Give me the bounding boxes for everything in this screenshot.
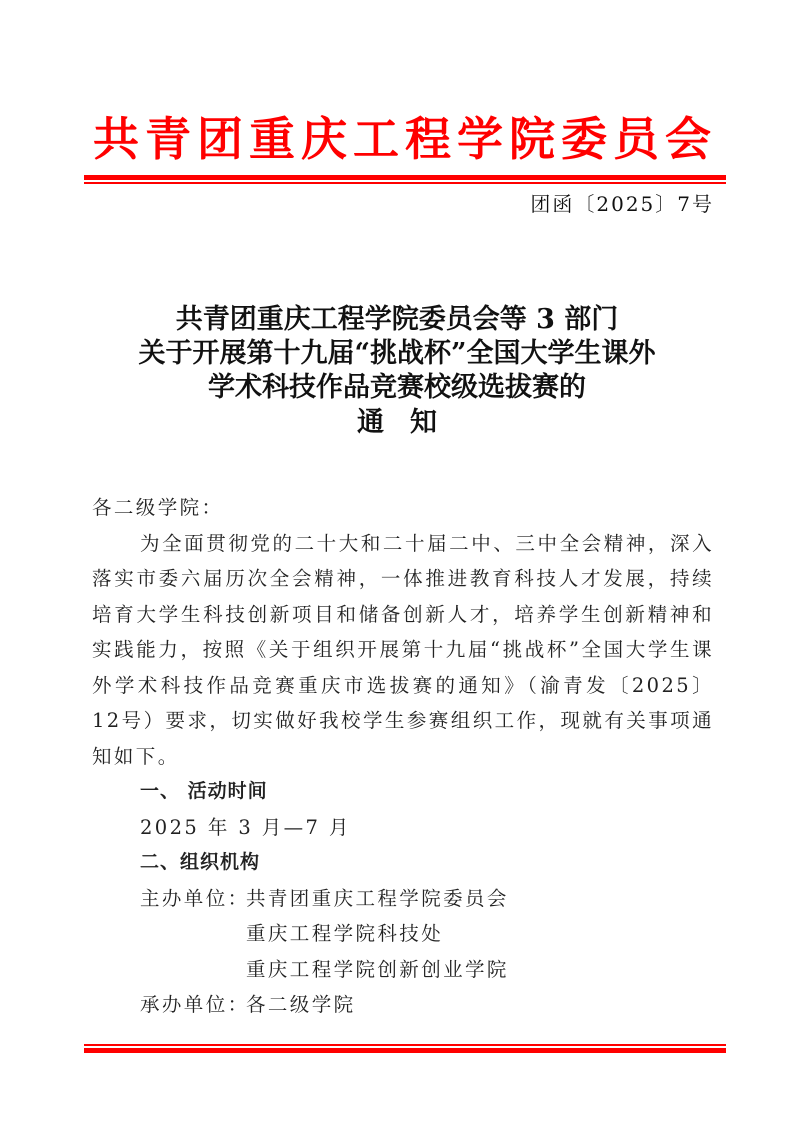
document-body: 各二级学院： 为全面贯彻党的二十大和二十届二中、三中全会精神，深入落实市委六届历… xyxy=(92,490,714,1023)
masthead-rule-thick xyxy=(84,175,726,180)
document-number: 团函〔2025〕7号 xyxy=(530,190,714,218)
organizer-value: 各二级学院 xyxy=(246,987,714,1023)
organizer-values-host: 共青团重庆工程学院委员会 重庆工程学院科技处 重庆工程学院创新创业学院 xyxy=(246,881,714,988)
section-heading-organization: 二、组织机构 xyxy=(92,845,714,881)
organizer-value: 共青团重庆工程学院委员会 xyxy=(246,881,714,917)
activity-time-content: 2025 年 3 月—7 月 xyxy=(92,810,714,846)
masthead-title: 共青团重庆工程学院委员会 xyxy=(84,108,726,170)
organizer-label-host: 主办单位： xyxy=(140,881,246,988)
heading-notice: 通知 xyxy=(84,406,710,440)
heading-line-2: 关于开展第十九届“挑战杯”全国大学生课外 xyxy=(84,337,710,371)
heading-line-3: 学术科技作品竞赛校级选拔赛的 xyxy=(84,371,710,405)
footer-rule-thick xyxy=(84,1048,726,1053)
organizer-row-undertaker: 承办单位： 各二级学院 xyxy=(92,987,714,1023)
footer-rule-thin xyxy=(84,1044,726,1046)
organizer-value: 重庆工程学院创新创业学院 xyxy=(246,952,714,988)
section-heading-activity-time: 一、 活动时间 xyxy=(92,774,714,810)
heading-line-1: 共青团重庆工程学院委员会等 3 部门 xyxy=(84,303,710,337)
document-heading: 共青团重庆工程学院委员会等 3 部门 关于开展第十九届“挑战杯”全国大学生课外 … xyxy=(84,303,710,440)
intro-paragraph: 为全面贯彻党的二十大和二十届二中、三中全会精神，深入落实市委六届历次全会精神，一… xyxy=(92,526,714,775)
organizer-label-undertaker: 承办单位： xyxy=(140,987,246,1023)
masthead-rule-thin xyxy=(84,182,726,184)
organizer-row-host: 主办单位： 共青团重庆工程学院委员会 重庆工程学院科技处 重庆工程学院创新创业学… xyxy=(92,881,714,988)
salutation: 各二级学院： xyxy=(92,490,714,526)
organizer-values-undertaker: 各二级学院 xyxy=(246,987,714,1023)
organizer-value: 重庆工程学院科技处 xyxy=(246,916,714,952)
